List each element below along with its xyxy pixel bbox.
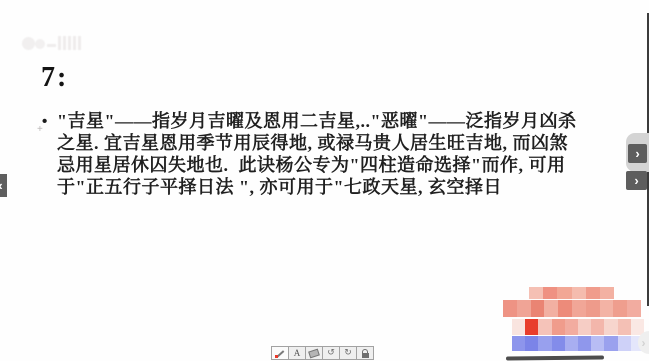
mosaic-cell: [618, 336, 631, 351]
watermark-bar: [78, 36, 81, 50]
pen-icon: [274, 348, 286, 359]
cursor-crosshair: +: [37, 124, 43, 135]
eraser-icon: [308, 348, 320, 358]
paragraph-line: "吉星"——指岁月吉曜及恩用二吉星,.."恶曜"——泛指岁月凶杀: [57, 110, 613, 132]
eraser-tool-button[interactable]: [305, 346, 323, 360]
mosaic-cell: [512, 336, 525, 351]
mosaic-cell: [565, 319, 578, 335]
mosaic-cell: [525, 336, 538, 351]
slide-heading: 7:: [41, 62, 68, 94]
chevron-right-icon: ›: [635, 146, 639, 161]
mosaic-cell: [529, 287, 543, 299]
mosaic-watermark-row: [503, 300, 641, 317]
mosaic-cell: [604, 319, 617, 335]
lock-button[interactable]: [356, 346, 374, 360]
mosaic-cell: [552, 336, 565, 351]
mosaic-cell: [591, 319, 604, 335]
mosaic-cell: [544, 300, 558, 317]
mosaic-cell: [565, 336, 578, 351]
mosaic-cell: [543, 287, 557, 299]
paragraph-line: 忌用星居休囚失地也. 此诀杨公专为"四柱造命选择"而作, 可用: [57, 154, 613, 176]
mosaic-cell: [531, 300, 545, 317]
slide-paragraph: "吉星"——指岁月吉曜及恩用二吉星,.."恶曜"——泛指岁月凶杀 之星. 宜吉星…: [57, 110, 613, 198]
mosaic-cell: [512, 319, 525, 335]
mosaic-cell: [503, 300, 517, 317]
mosaic-watermark-row: [512, 336, 644, 351]
mosaic-cell: [618, 319, 631, 335]
mosaic-cell: [572, 287, 586, 299]
mosaic-cell: [586, 287, 600, 299]
lock-icon: [362, 353, 369, 358]
mosaic-cell: [538, 319, 551, 335]
pen-tool-button[interactable]: [271, 346, 289, 360]
watermark-bar: [68, 36, 71, 50]
chevron-left-icon: ‹: [0, 178, 3, 193]
mosaic-cell: [591, 336, 604, 351]
mosaic-cell: [517, 300, 531, 317]
prev-page-button[interactable]: ‹: [0, 174, 7, 197]
mosaic-cell: [586, 300, 600, 317]
redo-button[interactable]: ↻: [339, 346, 357, 360]
faint-logo-watermark: [22, 31, 84, 55]
paragraph-line: 之星. 宜吉星恩用季节用辰得地, 或禄马贵人居生旺吉地, 而凶煞: [57, 132, 613, 154]
watermark-blob: [35, 39, 45, 49]
mosaic-cell: [600, 287, 614, 299]
next-page-button[interactable]: ›: [628, 144, 647, 163]
mosaic-cell: [552, 319, 565, 335]
chevron-right-icon: ›: [634, 173, 638, 188]
chevron-right-icon: ›: [642, 336, 646, 350]
mosaic-cell: [613, 300, 627, 317]
watermark-dash: [47, 44, 56, 47]
mosaic-cell: [572, 300, 586, 317]
presentation-viewer: 7: • + "吉星"——指岁月吉曜及恩用二吉星,.."恶曜"——泛指岁月凶杀 …: [0, 0, 649, 361]
mosaic-cell: [558, 300, 572, 317]
mosaic-cell: [557, 287, 571, 299]
redo-icon: ↻: [344, 349, 352, 358]
text-tool-icon: A: [294, 349, 301, 358]
mosaic-cell: [578, 319, 591, 335]
mosaic-watermark-row: [512, 319, 644, 335]
watermark-blob: [22, 37, 35, 50]
mosaic-cell: [525, 319, 538, 335]
watermark-bar: [73, 36, 76, 50]
undo-icon: ↺: [327, 349, 335, 358]
mosaic-cell: [578, 336, 591, 351]
watermark-bar: [63, 36, 66, 50]
mosaic-cell: [600, 300, 614, 317]
text-tool-button[interactable]: A: [288, 346, 306, 360]
mosaic-cell: [604, 336, 617, 351]
mosaic-watermark-row: [529, 287, 614, 299]
watermark-bar: [58, 36, 61, 50]
mosaic-shadow-bar: [506, 355, 604, 360]
undo-button[interactable]: ↺: [322, 346, 340, 360]
annotation-toolbar: A ↺ ↻: [271, 346, 374, 360]
next-page-button-secondary[interactable]: ›: [626, 171, 647, 190]
mosaic-cell: [627, 300, 641, 317]
mosaic-cell: [538, 336, 551, 351]
paragraph-line: 于"正五行子平择日法 ", 亦可用于"七政天星, 玄空择日: [57, 176, 613, 198]
